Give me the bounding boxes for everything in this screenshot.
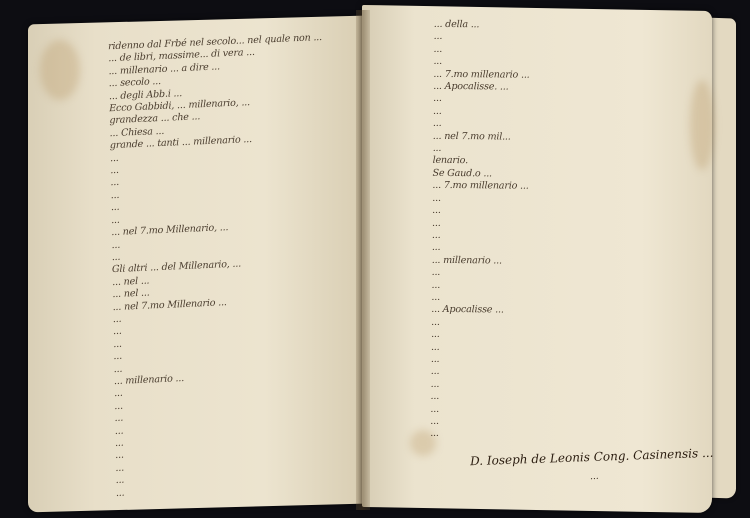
book-gutter xyxy=(356,10,370,510)
right-page-handwriting: ... della ... ... ... ... ... 7.mo mille… xyxy=(430,19,696,443)
paper-stain xyxy=(40,40,80,100)
signature-subline: ... xyxy=(590,472,599,482)
handwritten-line: ... xyxy=(430,428,692,443)
left-page-handwriting: ridenno dal Frbé nel secolo... nel quale… xyxy=(108,31,352,500)
